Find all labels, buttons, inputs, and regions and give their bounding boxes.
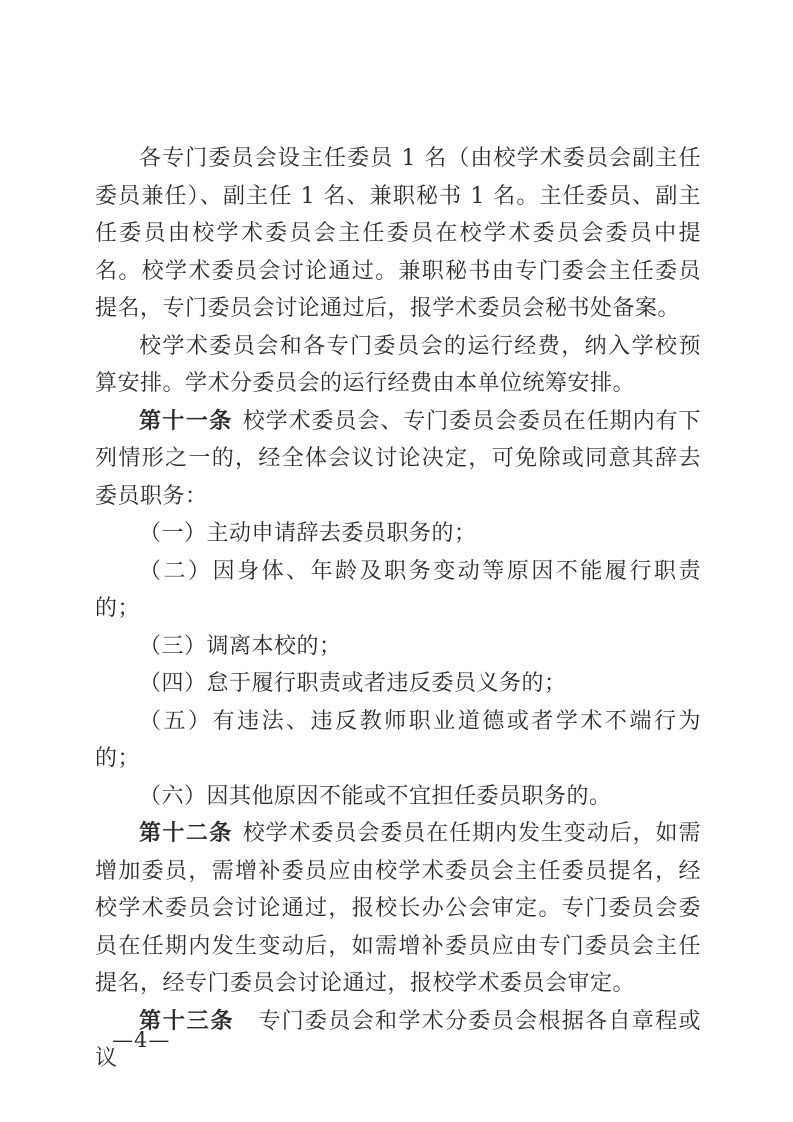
article-12-paragraph: 第十二条校学术委员会委员在任期内发生变动后，如需增加委员，需增补委员应由校学术委…	[95, 815, 701, 1003]
clause-item-3: （三）调离本校的；	[95, 628, 701, 666]
clause-item-6: （六）因其他原因不能或不宜担任委员职务的。	[95, 778, 701, 816]
article-12-text: 校学术委员会委员在任期内发生变动后，如需增加委员，需增补委员应由校学术委员会主任…	[95, 821, 701, 996]
clause-item-5: （五）有违法、违反教师职业道德或者学术不端行为的；	[95, 703, 701, 778]
document-page: 各专门委员会设主任委员 1 名（由校学术委员会副主任委员兼任）、副主任 1 名、…	[0, 0, 793, 1122]
article-11-paragraph: 第十一条校学术委员会、专门委员会委员在任期内有下列情形之一的，经全体会议讨论决定…	[95, 403, 701, 516]
article-13-paragraph: 第十三条专门委员会和学术分委员会根据各自章程或议	[95, 1003, 701, 1078]
clause-item-2: （二）因身体、年龄及职务变动等原因不能履行职责的；	[95, 553, 701, 628]
page-number: —4—	[112, 1028, 170, 1052]
para-funding: 校学术委员会和各专门委员会的运行经费，纳入学校预算安排。学术分委员会的运行经费由…	[95, 328, 701, 403]
article-11-label: 第十一条	[139, 409, 233, 434]
clause-item-4: （四）怠于履行职责或者违反委员义务的；	[95, 665, 701, 703]
clause-item-1: （一）主动申请辞去委员职务的；	[95, 515, 701, 553]
article-12-label: 第十二条	[139, 821, 233, 846]
document-body: 各专门委员会设主任委员 1 名（由校学术委员会副主任委员兼任）、副主任 1 名、…	[95, 140, 701, 1078]
para-committee-setup: 各专门委员会设主任委员 1 名（由校学术委员会副主任委员兼任）、副主任 1 名、…	[95, 140, 701, 328]
